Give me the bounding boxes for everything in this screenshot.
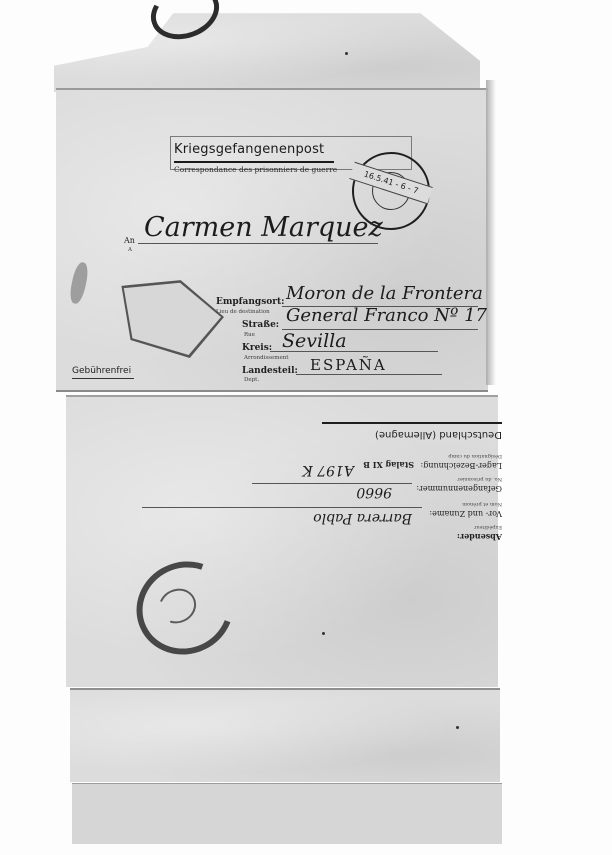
sender-name-label: Vor- und Zuname:	[429, 509, 502, 518]
street-value: General Franco Nº 17	[286, 305, 487, 326]
bottom-fold-panel	[70, 688, 500, 782]
document-subtitle: Correspondance des prisonniers de guerre	[174, 165, 337, 174]
title-underline	[174, 161, 334, 163]
sender-heading-sub: Expéditeur	[474, 524, 502, 530]
country-value: ESPAÑA	[310, 356, 387, 374]
bottom-fold-strip	[72, 783, 502, 844]
addressee-line	[138, 243, 378, 244]
pow-number-label: Gefangenennummer:	[416, 484, 502, 493]
country-sub: Dept.	[244, 377, 259, 383]
district-label: Kreis:	[242, 343, 272, 353]
sender-country-footer: Deutschland (Allemagne)	[375, 429, 502, 440]
camp-sub: Désignation du camp	[448, 453, 502, 459]
envelope-top-flap	[54, 10, 480, 92]
country-line	[296, 374, 442, 375]
sender-block-upside-down: Absender: Expéditeur Vor- und Zuname: No…	[110, 418, 502, 548]
pow-number-value: 9660	[356, 484, 392, 500]
district-value: Sevilla	[282, 330, 347, 352]
speck	[345, 52, 348, 55]
destination-sub: Lieu de destination	[216, 309, 270, 315]
addressee-sub: A	[128, 247, 132, 253]
sender-name-value: Barrera Pablo	[313, 510, 412, 526]
addressee-name: Carmen Marquez	[144, 212, 383, 243]
addressee-label: An	[124, 236, 135, 245]
sender-heading: Absender:	[457, 532, 502, 542]
postage-free-underline	[72, 378, 134, 379]
district-sub: Arrondissement	[244, 355, 289, 361]
postage-free-label: Gebührenfrei	[72, 366, 131, 376]
speck	[456, 726, 459, 729]
speck	[322, 632, 325, 635]
censor-stamp-inner	[153, 583, 202, 630]
country-label: Landesteil:	[242, 366, 298, 376]
sender-name-sub: Nom et prénom	[462, 501, 502, 507]
panel-edge-shadow	[486, 80, 496, 385]
camp-printed: Stalag XI B	[363, 460, 414, 470]
document-title: Kriegsgefangenenpost	[174, 142, 324, 157]
street-label: Straße:	[242, 320, 279, 330]
camp-value: A197 K	[302, 462, 354, 478]
camp-label: Lager-Bezeichnung:	[421, 461, 503, 470]
destination-value: Moron de la Frontera	[286, 283, 483, 304]
sender-country-rule	[322, 422, 502, 424]
pow-number-sub: No. du prisonnier	[457, 476, 502, 482]
street-sub: Rue	[244, 332, 255, 338]
sender-name-line	[142, 507, 422, 508]
destination-label: Empfangsort:	[216, 297, 285, 307]
